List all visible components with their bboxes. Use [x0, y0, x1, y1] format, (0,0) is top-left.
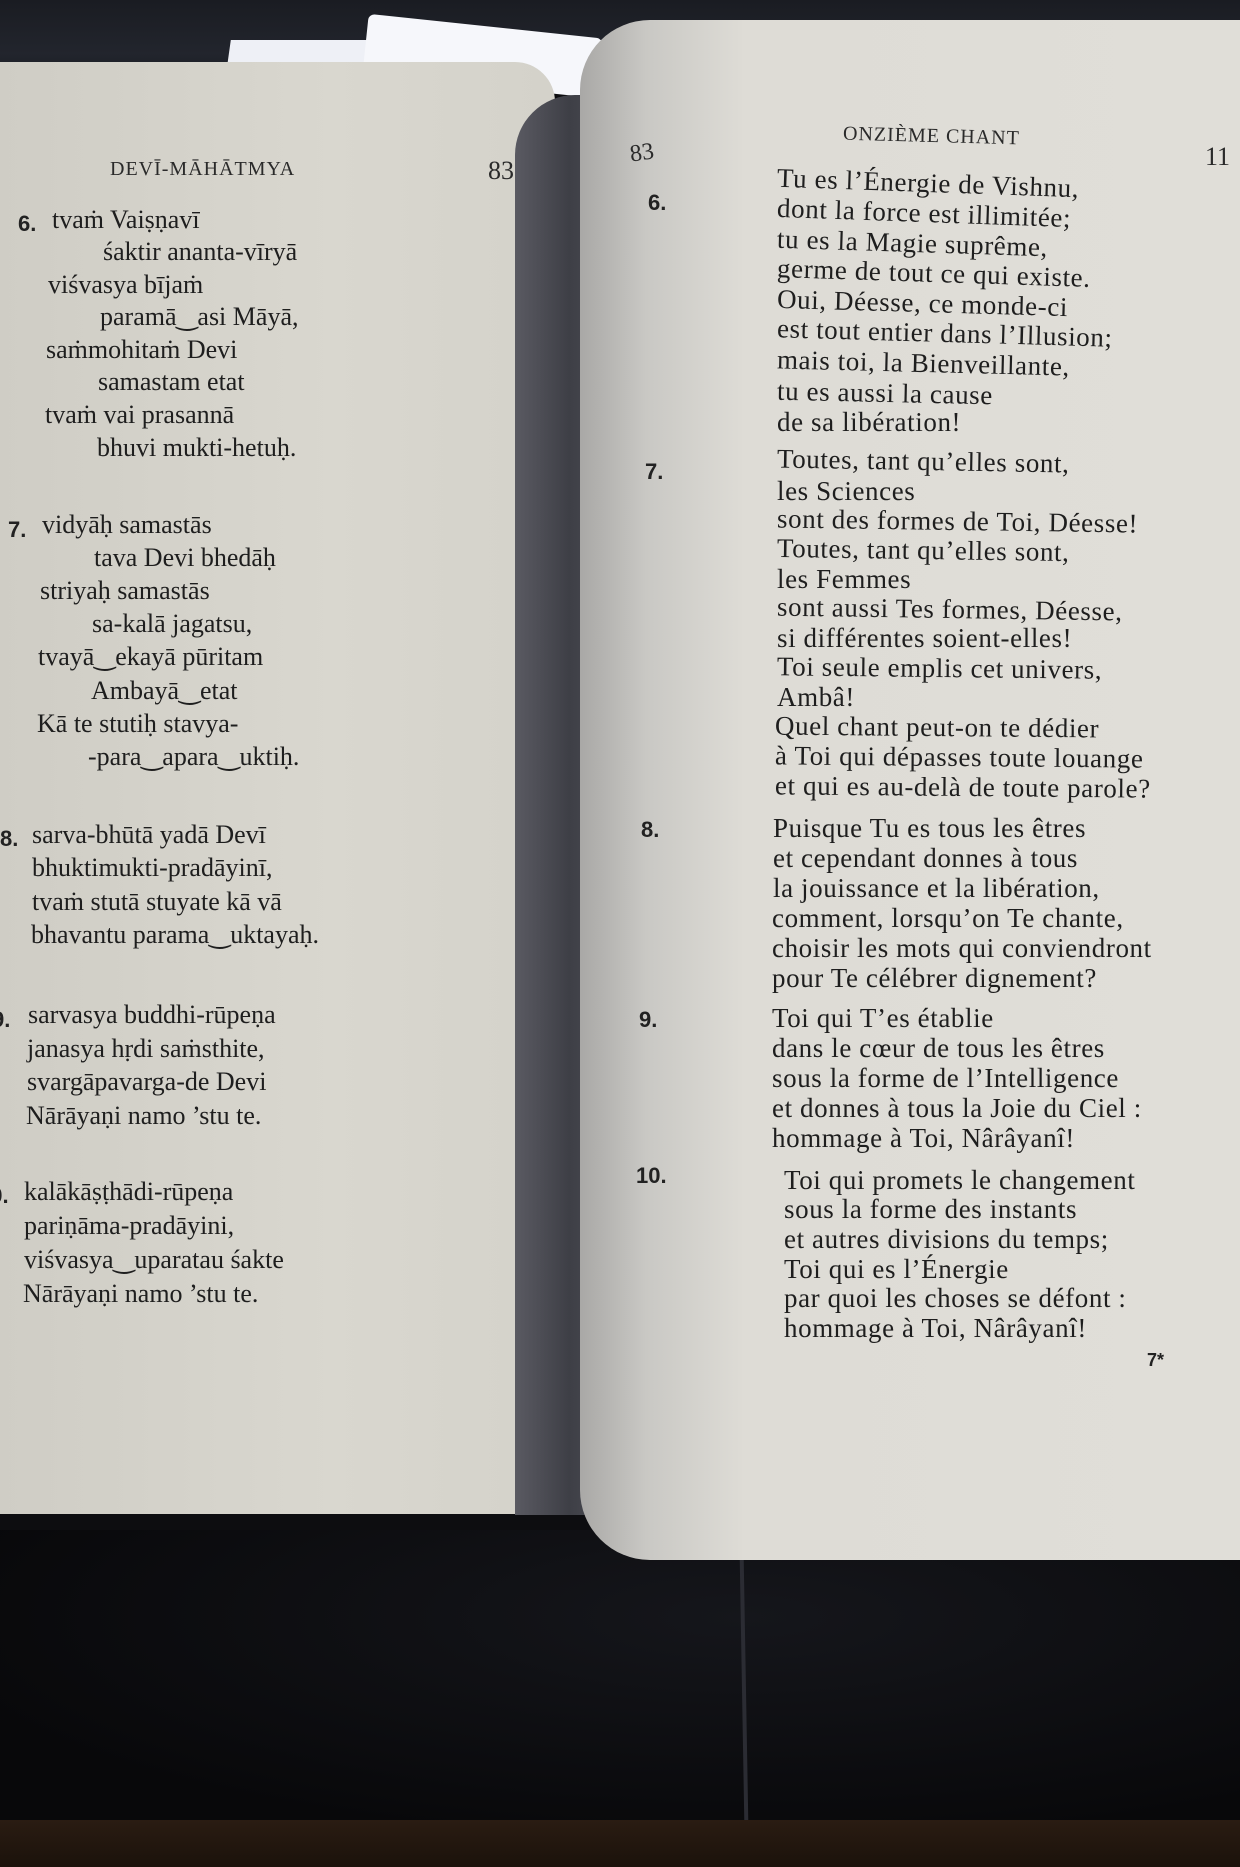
french-line: Puisque Tu es tous les êtres: [773, 813, 1086, 844]
sanskrit-line: śaktir ananta-vīryā: [103, 237, 297, 267]
french-line: de sa libération!: [777, 407, 961, 438]
sanskrit-line: tava Devi bhedāḥ: [94, 543, 276, 573]
french-line: hommage à Toi, Nârâyanî!: [772, 1123, 1075, 1154]
sanskrit-line: sa-kalā jagatsu,: [92, 609, 252, 639]
sanskrit-line: tvayā‿ekayā pūritam: [38, 642, 263, 672]
verse-number: 9.: [0, 1007, 10, 1033]
french-line: et autres divisions du temps;: [784, 1224, 1109, 1255]
french-line: par quoi les choses se défont :: [784, 1283, 1127, 1314]
leather-background-bottom: [0, 1530, 1240, 1820]
verse-number: 7.: [645, 459, 663, 485]
sanskrit-line: paramā‿asi Māyā,: [100, 302, 298, 332]
french-line: Quel chant peut-on te dédier: [775, 711, 1099, 745]
sanskrit-line: bhuktimukti-pradāyinī,: [32, 853, 272, 883]
french-line: pour Te célébrer dignement?: [772, 963, 1097, 994]
sanskrit-line: tvaṁ vai prasannā: [45, 400, 234, 430]
sanskrit-line: Nārāyaṇi namo ’stu te.: [23, 1279, 258, 1309]
french-line: choisir les mots qui conviendront: [772, 933, 1152, 964]
french-line: Ambâ!: [777, 682, 855, 713]
verse-number: 9.: [639, 1007, 657, 1033]
sanskrit-line: -para‿apara‿uktiḥ.: [88, 742, 299, 772]
sanskrit-line: svargāpavarga-de Devi: [27, 1067, 266, 1097]
verse-number: 7.: [8, 517, 26, 543]
sanskrit-line: janasya hṛdi saṁsthite,: [27, 1034, 265, 1064]
french-line: les Sciences: [777, 476, 915, 507]
french-line: comment, lorsqu’on Te chante,: [772, 903, 1124, 934]
right-running-head: ONZIÈME CHANT: [843, 123, 1020, 151]
sanskrit-line: viśvasya bījaṁ: [48, 270, 203, 300]
sanskrit-line: saṁmohitaṁ Devi: [46, 335, 237, 365]
sanskrit-line: Ambayā‿etat: [91, 676, 238, 706]
french-line: Toutes, tant qu’elles sont,: [777, 443, 1070, 479]
french-line: Toi qui T’es établie: [772, 1003, 994, 1034]
french-line: les Femmes: [777, 564, 911, 595]
sanskrit-line: sarvasya buddhi-rūpeṇa: [28, 1000, 276, 1030]
french-line: sous la forme de l’Intelligence: [772, 1063, 1119, 1094]
french-line: à Toi qui dépasses toute louange: [775, 740, 1144, 774]
right-edge-folio: 11: [1205, 142, 1230, 172]
verse-number: 8.: [0, 826, 18, 852]
verse-number: 10.: [0, 1183, 9, 1209]
french-line: dans le cœur de tous les êtres: [772, 1033, 1105, 1064]
right-margin-folio: 83: [628, 138, 656, 168]
verse-number: 8.: [641, 817, 659, 843]
french-line: la jouissance et la libération,: [773, 873, 1100, 904]
sanskrit-line: pariṇāma-pradāyini,: [24, 1211, 234, 1241]
french-line: et qui es au-delà de toute parole?: [775, 770, 1151, 804]
french-line: Toutes, tant qu’elles sont,: [777, 533, 1070, 568]
sanskrit-line: tvaṁ stutā stuyate kā vā: [32, 887, 282, 917]
french-line: tu es aussi la cause: [777, 376, 994, 412]
left-running-head: DEVĪ-MĀHĀTMYA: [110, 158, 295, 181]
french-line: Toi seule emplis cet univers,: [777, 651, 1102, 685]
sanskrit-line: tvaṁ Vaiṣṇavī: [52, 205, 200, 235]
sanskrit-line: striyaḥ samastās: [40, 576, 210, 606]
french-line: si différentes soient-elles!: [777, 623, 1072, 654]
sanskrit-line: sarva-bhūtā yadā Devī: [32, 820, 266, 850]
french-line: et cependant donnes à tous: [773, 843, 1078, 874]
sanskrit-line: vidyāḥ samastās: [42, 510, 212, 540]
sanskrit-line: viśvasya‿uparatau śakte: [24, 1245, 284, 1275]
verse-number: 6.: [18, 211, 36, 237]
left-folio: 83: [488, 156, 514, 186]
table-edge: [0, 1820, 1240, 1867]
sanskrit-line: kalākāṣṭhādi-rūpeṇa: [24, 1177, 233, 1207]
sanskrit-line: samastam etat: [98, 367, 245, 397]
sanskrit-line: Nārāyaṇi namo ’stu te.: [26, 1101, 261, 1131]
sanskrit-line: Kā te stutiḥ stavya-: [37, 709, 238, 739]
french-line: sous la forme des instants: [784, 1194, 1077, 1225]
verse-number: 10.: [636, 1163, 667, 1189]
sanskrit-line: bhuvi mukti-hetuḥ.: [97, 433, 296, 463]
signature-mark: 7*: [1147, 1350, 1164, 1371]
french-line: Toi qui promets le changement: [784, 1165, 1135, 1196]
french-line: Toi qui es l’Énergie: [784, 1254, 1009, 1285]
french-line: et donnes à tous la Joie du Ciel :: [772, 1093, 1142, 1124]
french-line: hommage à Toi, Nârâyanî!: [784, 1313, 1087, 1344]
sanskrit-line: bhavantu parama‿uktayaḥ.: [31, 920, 319, 950]
verse-number: 6.: [648, 190, 666, 216]
